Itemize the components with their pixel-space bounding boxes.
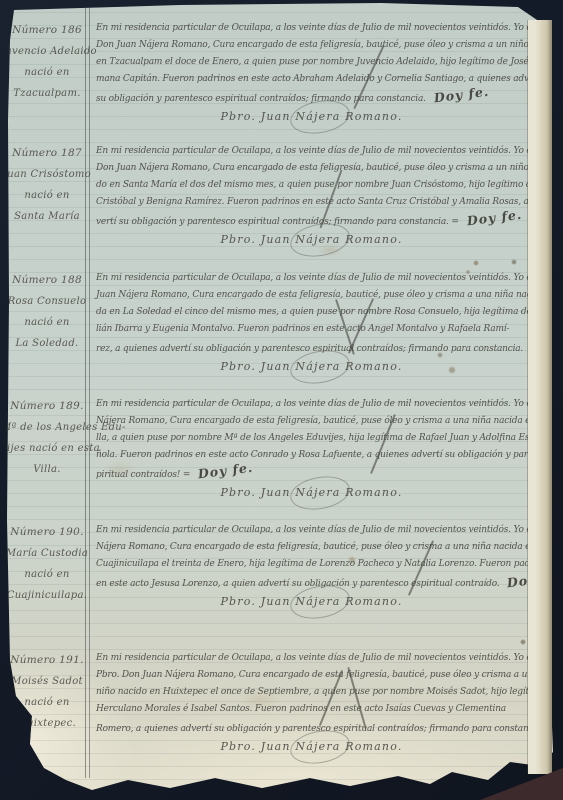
entry-birthplace: Huixtepec. bbox=[1, 713, 93, 734]
entry-child-name: María Custodia bbox=[1, 543, 93, 564]
entry-number: Número 186 bbox=[1, 20, 93, 41]
body-line: en Tzacualpam el doce de Enero, a quien … bbox=[96, 54, 527, 71]
entry-birthplace: Santa María bbox=[1, 206, 93, 227]
body-line: Juan Nájera Romano, Cura encargado de es… bbox=[96, 287, 527, 304]
body-line: Pbro. Don Juan Nájera Romano, Cura encar… bbox=[96, 667, 527, 684]
body-line-text: piritual contraídos! = bbox=[96, 470, 190, 480]
priest-signature: Pbro. Juan Nájera Romano. bbox=[96, 484, 527, 501]
entry-birthplace: Villa. bbox=[1, 459, 93, 480]
body-line: En mi residencia particular de Ocuilapa,… bbox=[96, 522, 527, 539]
entry-margin-note: Número 190. María Custodia nació en Cuaj… bbox=[1, 522, 93, 606]
entry-number: Número 188 bbox=[1, 270, 93, 291]
entry-born-label: vijes nació en esta bbox=[1, 438, 93, 459]
entry-margin-note: Número 189. Mª de los Angeles Edu- vijes… bbox=[1, 396, 93, 480]
body-line: lián Ibarra y Eugenia Montalvo. Fueron p… bbox=[96, 321, 527, 338]
body-line: Nájera Romano, Cura encargado de esta fe… bbox=[96, 539, 527, 556]
entry-child-name: Juvencio Adelaido bbox=[1, 41, 93, 62]
priest-signature: Pbro. Juan Nájera Romano. bbox=[96, 108, 527, 125]
entry-body-text: En mi residencia particular de Ocuilapa,… bbox=[96, 270, 527, 375]
priest-signature: Pbro. Juan Nájera Romano. bbox=[96, 593, 527, 610]
entry-born-label: nació en bbox=[1, 692, 93, 713]
body-line: Don Juan Nájera Romano, Cura encargado d… bbox=[96, 37, 527, 54]
entry-child-name: Mª de los Angeles Edu- bbox=[1, 417, 93, 438]
body-line: do en Santa María el dos del mismo mes, … bbox=[96, 177, 527, 194]
body-line: Cuajinicuilapa el treinta de Enero, hija… bbox=[96, 556, 527, 573]
entry-number: Número 190. bbox=[1, 522, 93, 543]
body-line: Cristóbal y Benigna Ramírez. Fueron padr… bbox=[96, 194, 527, 211]
body-line: En mi residencia particular de Ocuilapa,… bbox=[96, 650, 527, 667]
entry-margin-note: Número 188 Rosa Consuelo nació en La Sol… bbox=[1, 270, 93, 354]
entry-body-text: En mi residencia particular de Ocuilapa,… bbox=[96, 143, 527, 248]
body-line: Don Juan Nájera Romano, Cura encargado d… bbox=[96, 160, 527, 177]
entry-number: Número 189. bbox=[1, 396, 93, 417]
entry-margin-note: Número 186 Juvencio Adelaido nació en Tz… bbox=[1, 20, 93, 104]
entry-body-text: En mi residencia particular de Ocuilapa,… bbox=[96, 522, 527, 610]
priest-signature: Pbro. Juan Nájera Romano. bbox=[96, 231, 527, 248]
body-line: da en La Soledad el cinco del mismo mes,… bbox=[96, 304, 527, 321]
priest-signature: Pbro. Juan Nájera Romano. bbox=[96, 358, 527, 375]
entry-body-text: En mi residencia particular de Ocuilapa,… bbox=[96, 396, 527, 501]
body-line: En mi residencia particular de Ocuilapa,… bbox=[96, 270, 527, 287]
entry-number: Número 187 bbox=[1, 143, 93, 164]
body-line: En mi residencia particular de Ocuilapa,… bbox=[96, 20, 527, 37]
body-line: En mi residencia particular de Ocuilapa,… bbox=[96, 396, 527, 413]
entry-born-label: nació en bbox=[1, 564, 93, 585]
entry-born-label: nació en bbox=[1, 185, 93, 206]
priest-signature: Pbro. Juan Nájera Romano. bbox=[96, 738, 527, 755]
entry-margin-note: Número 187 Juan Crisóstomo nació en Sant… bbox=[1, 143, 93, 227]
entry-born-label: nació en bbox=[1, 312, 93, 333]
doy-fe-flourish: Doy fe. bbox=[551, 713, 563, 737]
body-line: ñola. Fueron padrinos en este acto Conra… bbox=[96, 447, 527, 464]
body-line: Herculano Morales é Isabel Santos. Fuero… bbox=[96, 701, 527, 718]
body-line: lla, a quien puse por nombre Mª de los A… bbox=[96, 430, 527, 447]
book-fore-edge bbox=[527, 20, 552, 774]
entry-child-name: Rosa Consuelo bbox=[1, 291, 93, 312]
entry-birthplace: Cuajinicuilapa. bbox=[1, 585, 93, 606]
entry-birthplace: La Soledad. bbox=[1, 333, 93, 354]
body-line: niño nacido en Huixtepec el once de Sept… bbox=[96, 684, 527, 701]
entry-child-name: Moisés Sadot bbox=[1, 671, 93, 692]
entry-body-text: En mi residencia particular de Ocuilapa,… bbox=[96, 650, 527, 755]
body-line-text: su obligación y parentesco espiritual co… bbox=[96, 94, 426, 104]
entry-child-name: Juan Crisóstomo bbox=[1, 164, 93, 185]
body-line-text: vertí su obligación y parentesco espirit… bbox=[96, 217, 459, 227]
entry-number: Número 191. bbox=[1, 650, 93, 671]
entry-born-label: nació en bbox=[1, 62, 93, 83]
body-line-text: en este acto Jesusa Lorenzo, a quien adv… bbox=[96, 579, 499, 589]
register-photo-canvas: Número 186 Juvencio Adelaido nació en Tz… bbox=[0, 0, 563, 800]
body-line: En mi residencia particular de Ocuilapa,… bbox=[96, 143, 527, 160]
entry-birthplace: Tzacualpam. bbox=[1, 83, 93, 104]
entry-body-text: En mi residencia particular de Ocuilapa,… bbox=[96, 20, 527, 125]
body-line: Nájera Romano, Cura encargado de esta fe… bbox=[96, 413, 527, 430]
paper-sheet: Número 186 Juvencio Adelaido nació en Tz… bbox=[0, 0, 563, 800]
entry-margin-note: Número 191. Moisés Sadot nació en Huixte… bbox=[1, 650, 93, 734]
